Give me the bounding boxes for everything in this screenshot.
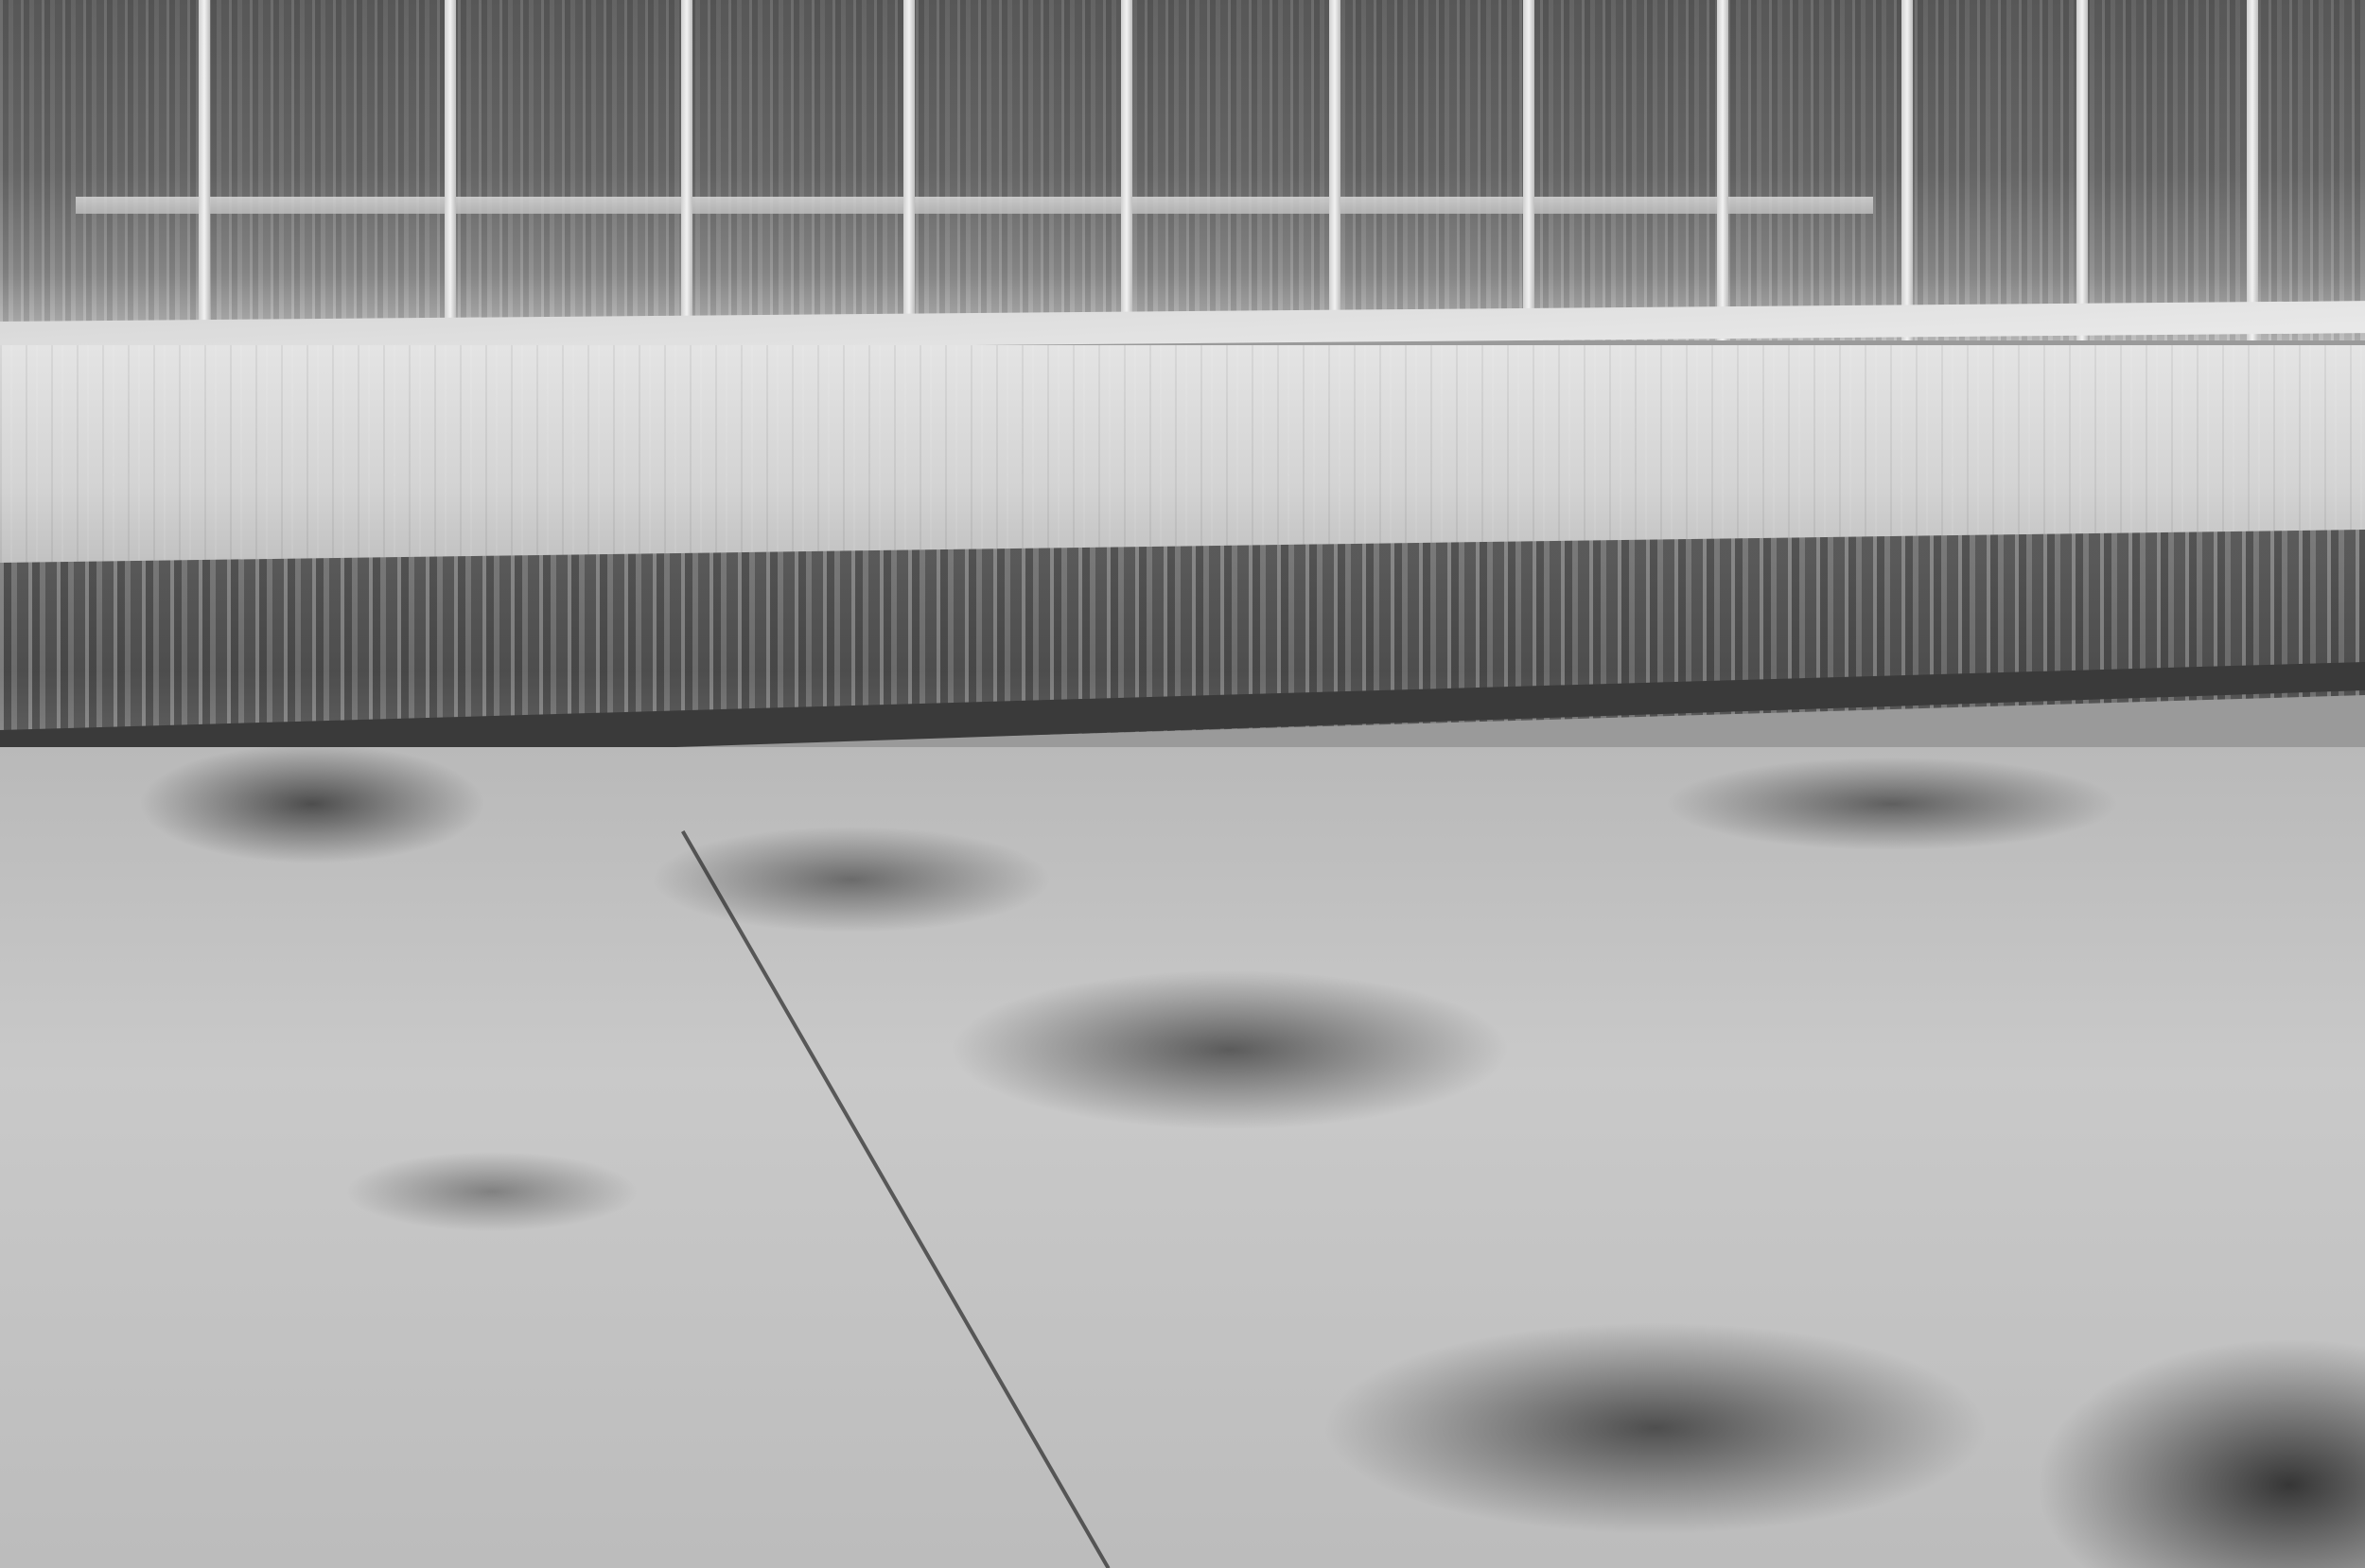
- mullion: [2076, 0, 2088, 340]
- mullion: [1717, 0, 1728, 340]
- mullion: [1329, 0, 1340, 340]
- mullion: [903, 0, 915, 340]
- mullion: [1523, 0, 1534, 340]
- mullion: [2247, 0, 2258, 340]
- mullion: [1901, 0, 1913, 340]
- mullion: [445, 0, 456, 340]
- pavement: [0, 747, 2365, 1568]
- photograph: [0, 0, 2365, 1568]
- mullion: [199, 0, 210, 340]
- mullion: [1121, 0, 1132, 340]
- greenhouse-glass: [0, 0, 2365, 340]
- mullion: [681, 0, 692, 340]
- glass-rail: [76, 197, 1873, 214]
